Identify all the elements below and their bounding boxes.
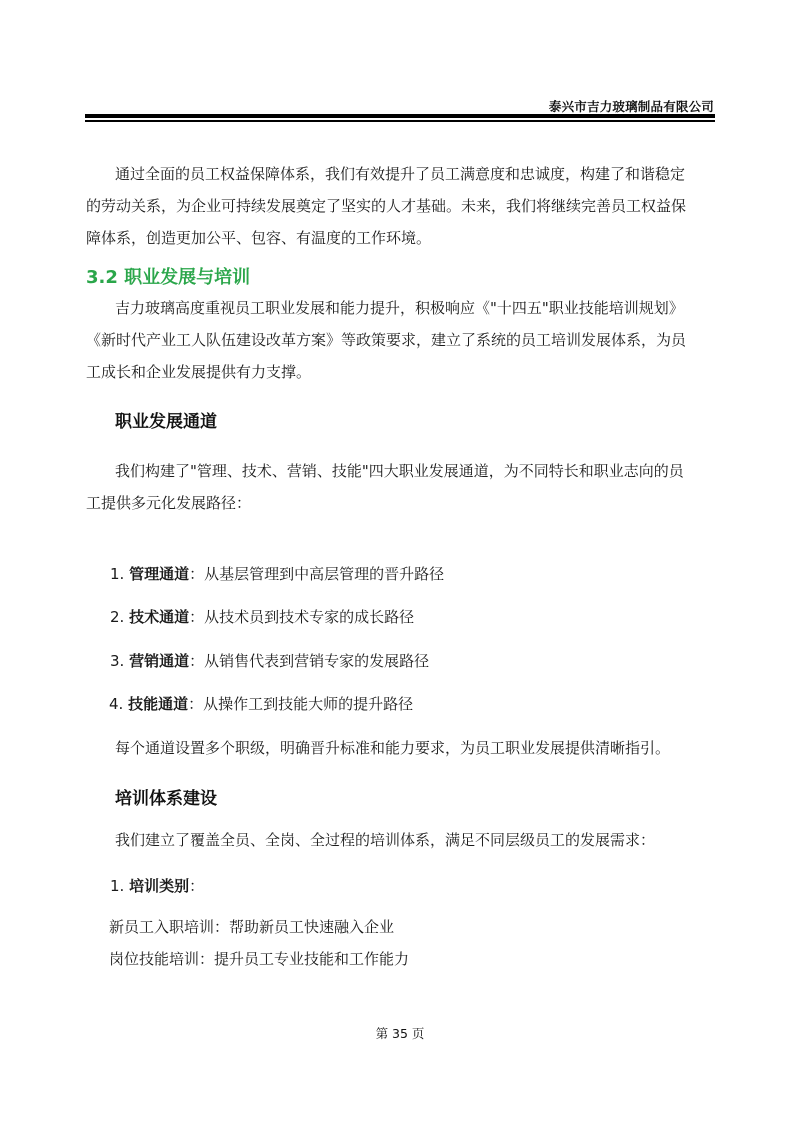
channel-item: 4. 技能通道：从操作工到技能大师的提升路径 [109, 694, 413, 714]
company-name: 泰兴市吉力玻璃制品有限公司 [549, 97, 714, 115]
training-heading: 培训体系建设 [115, 784, 217, 809]
training-intro: 我们建立了覆盖全员、全岗、全过程的培训体系，满足不同层级员工的发展需求： [115, 830, 655, 850]
career-intro-line-2: 工提供多元化发展路径： [86, 493, 251, 513]
channel-name: 营销通道 [129, 652, 189, 670]
header-rule-thick [85, 114, 715, 118]
channel-desc: ：从基层管理到中高层管理的晋升路径 [189, 565, 444, 583]
training-item: 岗位技能培训：提升员工专业技能和工作能力 [109, 949, 409, 969]
intro-line-2: 的劳动关系，为企业可持续发展奠定了坚实的人才基础。未来，我们将继续完善员工权益保 [86, 196, 686, 216]
section-line-3: 工成长和企业发展提供有力支撑。 [86, 362, 311, 382]
training-category-name: 培训类别 [129, 877, 189, 895]
training-item: 新员工入职培训：帮助新员工快速融入企业 [109, 917, 394, 937]
section-line-1: 吉力玻璃高度重视员工职业发展和能力提升，积极响应《"十四五"职业技能培训规划》 [115, 298, 684, 318]
section-title: 3.2 职业发展与培训 [86, 263, 250, 289]
channel-name: 管理通道 [129, 565, 189, 583]
channel-desc: ：从操作工到技能大师的提升路径 [188, 695, 413, 713]
channel-desc: ：从技术员到技术专家的成长路径 [189, 608, 414, 626]
page-number: 第 35 页 [0, 1024, 800, 1042]
section-line-2: 《新时代产业工人队伍建设改革方案》等政策要求，建立了系统的员工培训发展体系，为员 [86, 330, 686, 350]
career-intro-line-1: 我们构建了"管理、技术、营销、技能"四大职业发展通道，为不同特长和职业志向的员 [115, 461, 684, 481]
header-rule-thin [85, 120, 715, 122]
channel-desc: ：从销售代表到营销专家的发展路径 [189, 652, 429, 670]
training-category: 1. 培训类别： [110, 876, 204, 896]
channel-item: 3. 营销通道：从销售代表到营销专家的发展路径 [110, 651, 429, 671]
channel-name: 技能通道 [128, 695, 188, 713]
channel-item: 2. 技术通道：从技术员到技术专家的成长路径 [110, 607, 414, 627]
channel-name: 技术通道 [129, 608, 189, 626]
channel-item: 1. 管理通道：从基层管理到中高层管理的晋升路径 [110, 564, 444, 584]
career-summary: 每个通道设置多个职级，明确晋升标准和能力要求，为员工职业发展提供清晰指引。 [115, 738, 670, 758]
intro-line-1: 通过全面的员工权益保障体系，我们有效提升了员工满意度和忠诚度，构建了和谐稳定 [115, 164, 685, 184]
intro-line-3: 障体系，创造更加公平、包容、有温度的工作环境。 [86, 228, 431, 248]
career-heading: 职业发展通道 [115, 407, 217, 432]
